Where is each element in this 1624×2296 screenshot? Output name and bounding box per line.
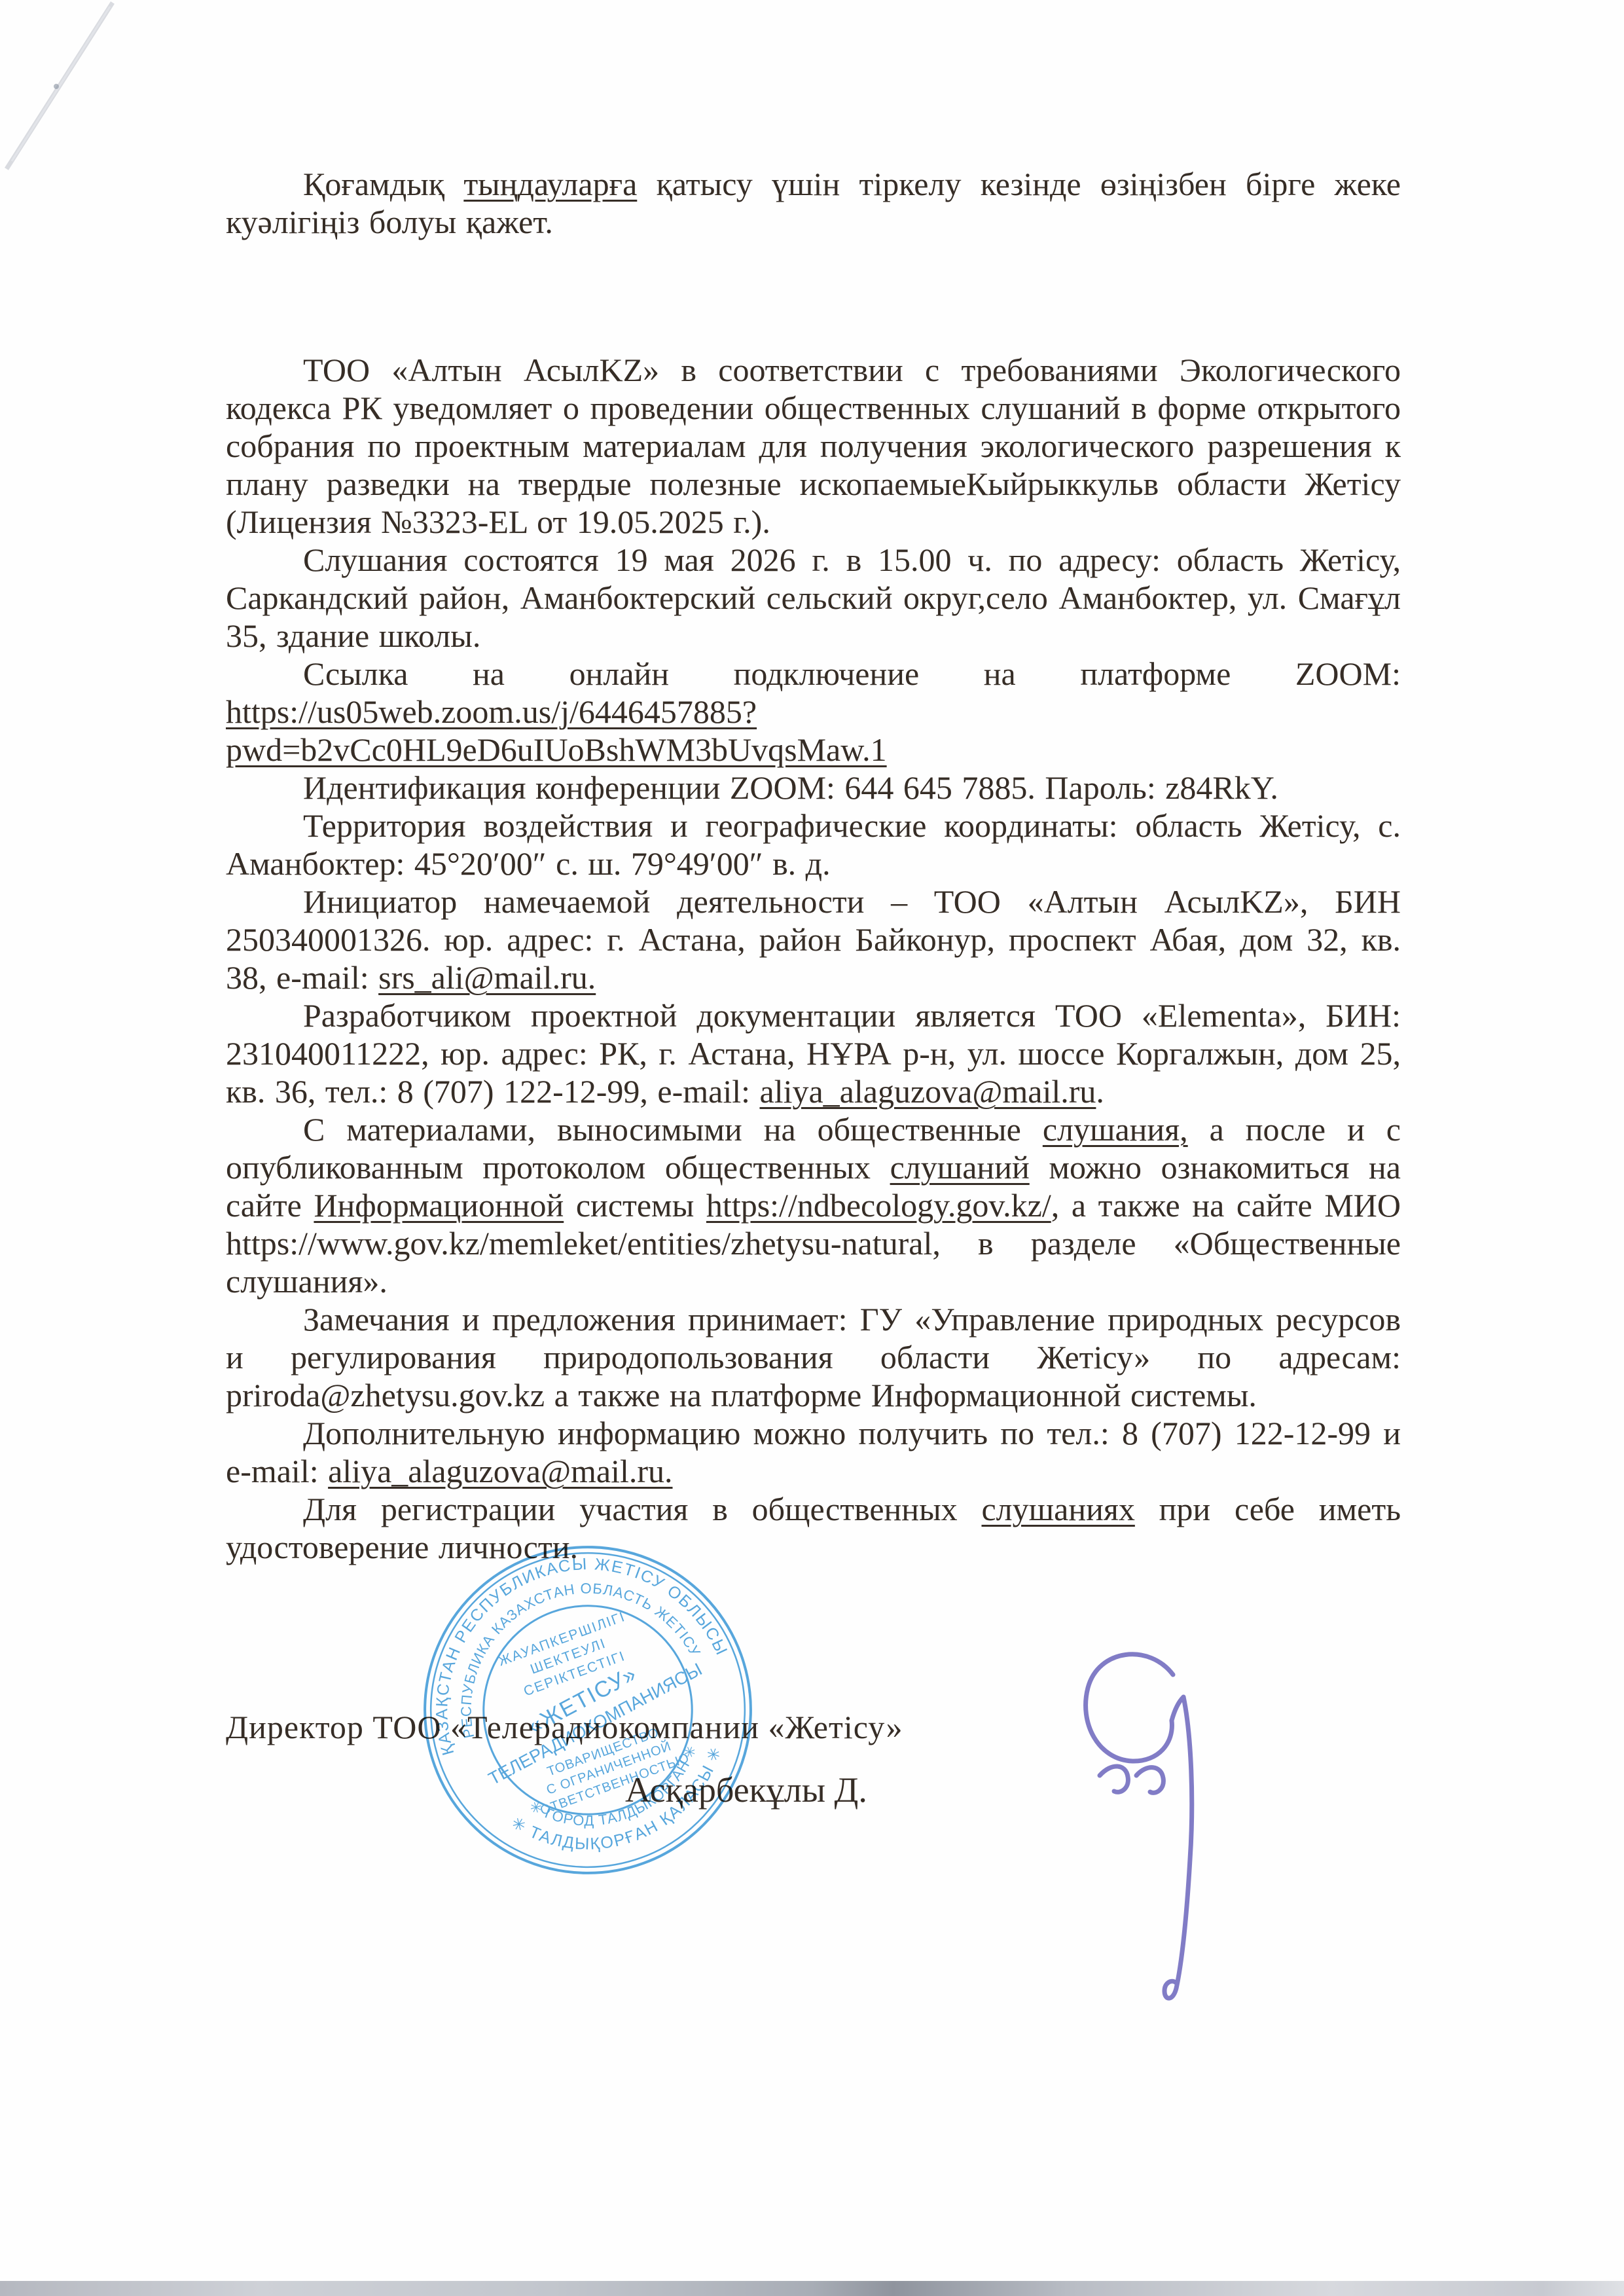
underlined-text: Информационной [314,1187,564,1224]
text-run: Территория воздействия и географические … [226,807,1401,882]
paragraph: Инициатор намечаемой деятельности – ТОО … [226,883,1401,996]
ndbecology-link[interactable]: https://ndbecology.gov.kz/ [706,1187,1051,1224]
paragraph: Для регистрации участия в общественных с… [226,1490,1401,1566]
text-run: Замечания и предложения принимает: ГУ «У… [226,1301,1401,1413]
paragraph: С материалами, выносимыми на общественны… [226,1110,1401,1300]
paragraph: ТОО «Алтын АсылKZ» в соответствии с треб… [226,351,1401,541]
developer-email-link[interactable]: aliya_alaguzova@mail.ru [760,1073,1096,1110]
text-run: С материалами, выносимыми на общественны… [303,1111,1043,1148]
paragraph: Ссылка на онлайн подключение на платформ… [226,655,1401,769]
document-body: Қоғамдық тыңдауларға қатысу үшін тіркелу… [226,165,1401,1566]
zoom-meeting-link[interactable]: https://us05web.zoom.us/j/6446457885?pwd… [226,693,887,768]
paragraph: Территория воздействия и географические … [226,807,1401,883]
paragraph: Дополнительную информацию можно получить… [226,1414,1401,1490]
scan-edge-artifact [0,2281,1624,2296]
text-run: системы [564,1187,706,1224]
text-run: . [1096,1073,1104,1110]
text-run: Идентификация конференции ZOOM: 644 645 … [303,769,1278,806]
scan-crease-artifact [0,0,209,210]
underlined-text: слушания, [1043,1111,1188,1148]
underlined-text: тыңдауларға [463,166,637,202]
text-run: ТОО «Алтын АсылKZ» в соответствии с треб… [226,352,1401,540]
paragraph: Замечания и предложения принимает: ГУ «У… [226,1300,1401,1414]
underlined-text: слушаний [890,1149,1030,1186]
text-run: Слушания состоятся 19 мая 2026 г. в 15.0… [226,541,1401,654]
info-email-link[interactable]: aliya_alaguzova@mail.ru. [328,1453,672,1489]
initiator-email-link[interactable]: srs_ali@mail.ru. [378,959,596,996]
handwritten-signature [1021,1637,1237,2016]
paragraph: Разработчиком проектной документации явл… [226,996,1401,1110]
scanned-document-page: ҚАЗАҚСТАН РЕСПУБЛИКАСЫ ЖЕТІСУ ОБЛЫСЫ ✳ Т… [0,0,1624,2296]
underlined-text: слушаниях [981,1491,1134,1527]
text-run: Қоғамдық [303,166,463,202]
paragraph: Қоғамдық тыңдауларға қатысу үшін тіркелу… [226,165,1401,241]
paragraph: Слушания состоятся 19 мая 2026 г. в 15.0… [226,541,1401,655]
text-run: Для регистрации участия в общественных [303,1491,981,1527]
text-run: Ссылка на онлайн подключение на платформ… [303,655,1401,692]
paragraph: Идентификация конференции ZOOM: 644 645 … [226,769,1401,807]
